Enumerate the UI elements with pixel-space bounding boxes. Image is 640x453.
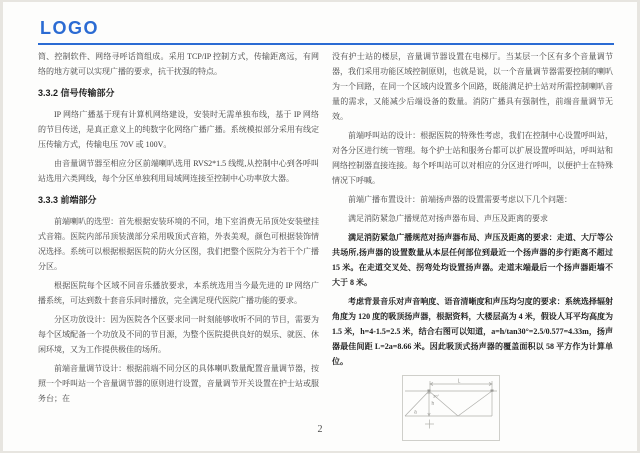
speaker-marks (428, 390, 494, 392)
paragraph-layout-design: 前端广播布置设计：前端扬声器的设置需要考虑以下几个问题： (332, 192, 613, 207)
paragraph-volume-control-cont: 没有护士站的楼层，音量调节器设置在电梯厅。当某层一个区有多个音量调节器，我们采用… (332, 49, 613, 124)
paragraph-music-zones: 根据医院每个区域不同音乐播放要求，本系统选用当今最先进的 IP 网络广播系统，可… (38, 278, 319, 308)
paragraph-speaker-selection: 前端喇叭的选型：首先根据安装环境的不同，地下室消费无吊顶处安装壁挂式音箱。医院内… (38, 214, 319, 274)
figure-lines (405, 381, 497, 429)
page-number: 2 (3, 424, 637, 435)
left-column: 筒、控制软件、网络寻呼话筒组成。采用 TCP/IP 控制方式，传输距离远，有网络… (38, 49, 319, 441)
paragraph-cabling: 由音量调节器至相应分区前端喇叭选用 RVS2*1.5 线缆,从控制中心到各呼叫站… (38, 156, 319, 186)
cone-left-edge (405, 391, 429, 416)
label-L: L (458, 379, 461, 385)
company-logo: LOGO (40, 18, 99, 39)
right-column: 没有护士站的楼层，音量调节器设置在电梯厅。当某层一个区有多个音量调节器，我们采用… (332, 49, 613, 441)
paragraph-call-station: 前端呼叫站的设计：根据医院的特殊性考虑，我们在控制中心设置呼叫站，对各分区进行统… (332, 128, 613, 188)
paragraph-ip-broadcast: IP 网络广播基于现有计算机网络建设，安装时无需单独布线，基于 IP 网络的节目… (38, 107, 319, 152)
two-column-body: 筒、控制软件、网络寻呼话筒组成。采用 TCP/IP 控制方式，传输距离远，有网络… (38, 49, 614, 441)
cone2-left-edge (458, 391, 492, 416)
section-heading-3-3-3: 3.3.3 前端部分 (38, 193, 319, 208)
right-speaker-icon (491, 390, 494, 392)
section-heading-3-3-2: 3.3.2 信号传输部分 (38, 86, 319, 101)
label-h: h (432, 401, 435, 407)
label-a: a (414, 410, 417, 416)
left-speaker-icon (428, 390, 431, 392)
paragraph-volume-control: 前端音量调节设计：根据前端不同分区的具体喇叭数量配置音量调节器，按照一个呼叫站一… (38, 361, 319, 406)
header-divider (38, 43, 614, 45)
paragraph-zone-amplifier: 分区功放设计：因为医院各个区要求同一时刻能够收听不同的节目，需要为每个区域配备一… (38, 312, 319, 357)
paragraph-fire-requirement: 满足消防紧急广播规范对扬声器布局、声压及距离的要求 (332, 211, 613, 226)
document-page: LOGO 筒、控制软件、网络寻呼话筒组成。采用 TCP/IP 控制方式，传输距离… (3, 2, 637, 451)
paragraph-continuation: 筒、控制软件、网络寻呼话筒组成。采用 TCP/IP 控制方式，传输距离远，有网络… (38, 49, 319, 79)
paragraph-fire-spec-bold: 满足消防紧急广播规范对扬声器布局、声压及距离的要求：走道、大厅等公共场所,扬声器… (332, 230, 613, 290)
paragraph-coverage-calc-bold: 考虑背景音乐对声音响度、语音清晰度和声压均匀度的要求：系统选择辐射角度为 120… (332, 294, 613, 369)
label-angle: 30° (433, 394, 439, 399)
